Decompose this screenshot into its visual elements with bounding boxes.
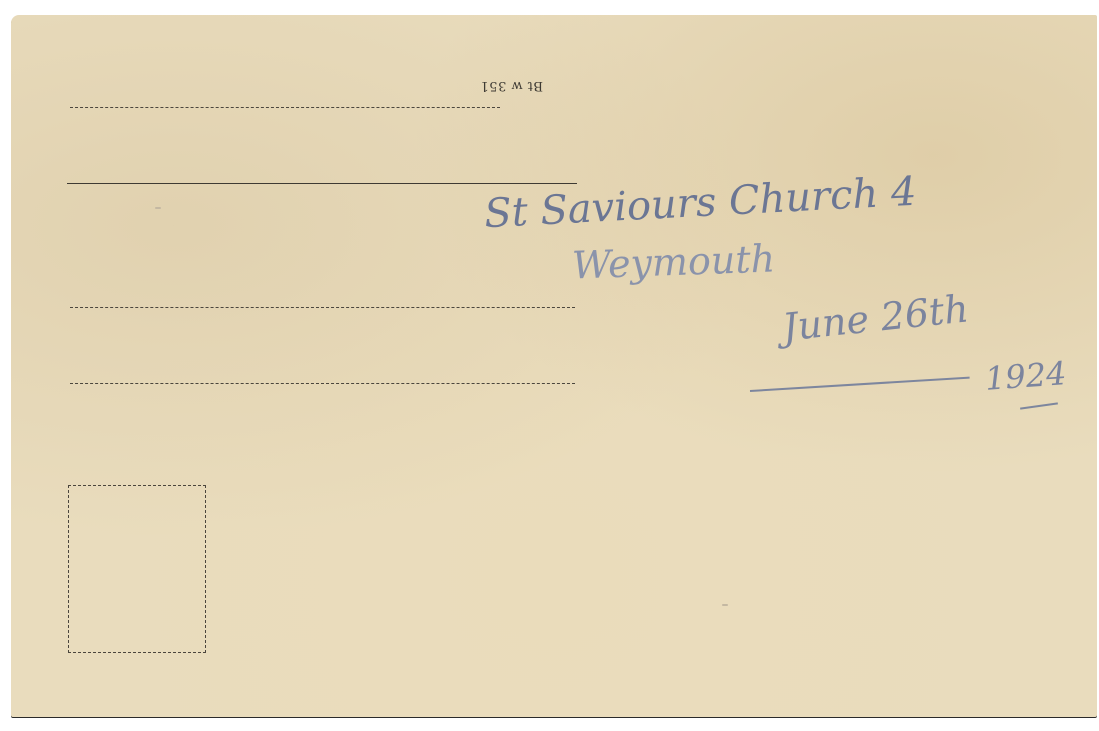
handwriting-year: 1924 <box>984 354 1068 398</box>
address-line-dashed-3 <box>70 383 575 384</box>
paper-speck <box>722 604 728 606</box>
stamp-box <box>68 485 206 653</box>
handwriting-line-2: Weymouth <box>571 236 775 287</box>
address-line-dashed-2 <box>70 307 575 308</box>
address-line-dashed-1 <box>70 107 500 108</box>
printed-code: Bt w 351 <box>480 78 543 93</box>
paper-speck <box>155 207 161 209</box>
divider-line <box>67 183 577 184</box>
